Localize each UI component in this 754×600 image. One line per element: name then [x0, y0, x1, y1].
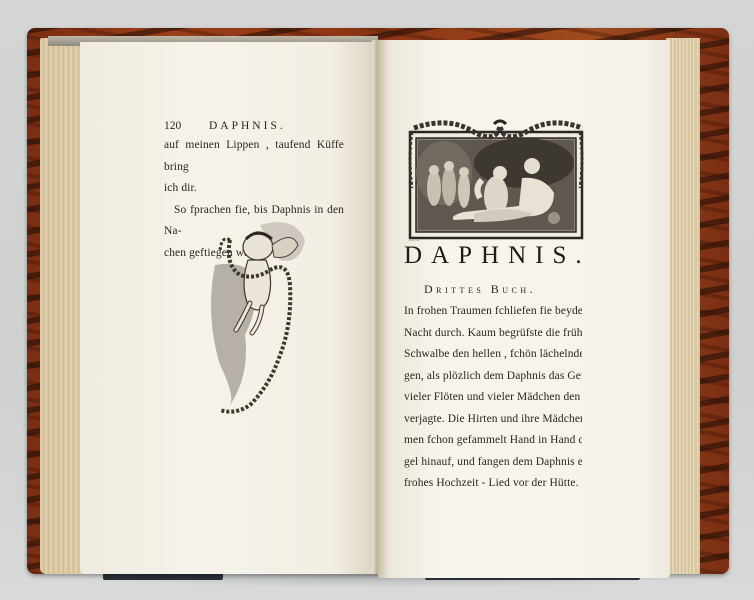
page-number: 120 [164, 120, 181, 132]
text-line-content: Nacht durch. Kaum begrüfste die frühe [404, 323, 582, 345]
right-page-edges [666, 38, 700, 574]
text-line: gel hinauf, und fangen dem Daphnis ein [404, 452, 582, 474]
chapter-subtitle: Drittes Buch. [424, 282, 584, 300]
running-title: DAPHNIS. [209, 120, 286, 132]
text-line: Nacht durch. Kaum begrüfste die frühe [404, 323, 582, 345]
text-line-content: vieler Flöten und vieler Mädchen den Tra… [404, 387, 582, 409]
right-page-text: In frohen Traumen fchliefen fie beyde di… [404, 301, 582, 495]
text-line-content: Schwalbe den hellen , fchön lächelnden M… [404, 344, 582, 366]
cupid-illustration [200, 205, 310, 420]
text-line: Schwalbe den hellen , fchön lächelnden M… [404, 344, 582, 366]
text-line-content: frohes Hochzeit - Lied vor der Hütte. Vo… [404, 473, 582, 495]
book-photo: 120 DAPHNIS. auf meinen Lippen , taufend… [0, 0, 754, 600]
text-line: gen, als plözlich dem Daphnis das Gefang [404, 366, 582, 388]
text-line-content: gen, als plözlich dem Daphnis das Gefang [404, 366, 582, 388]
left-running-head: 120 DAPHNIS. [164, 120, 344, 136]
text-line: In frohen Traumen fchliefen fie beyde di… [404, 301, 582, 323]
text-line: verjagte. Die Hirten und ihre Mädchen ka… [404, 409, 582, 431]
text-line: men fchon gefammelt Hand in Hand den Hü- [404, 430, 582, 452]
text-line: ich dir. [164, 178, 344, 200]
text-line: auf meinen Lippen , taufend Küffe bring [164, 135, 344, 178]
text-line-content: In frohen Traumen fchliefen fie beyde di… [404, 301, 582, 323]
chapter-title: DAPHNIS. [404, 242, 584, 278]
headpiece-engraving: ~~~ ~~ [404, 118, 588, 243]
text-line-content: gel hinauf, und fangen dem Daphnis ein [404, 452, 582, 474]
text-line: vieler Flöten und vieler Mädchen den Tra… [404, 387, 582, 409]
left-page-edges [40, 38, 85, 574]
text-line-content: verjagte. Die Hirten und ihre Mädchen ka… [404, 409, 582, 431]
text-line-content: men fchon gefammelt Hand in Hand den Hü- [404, 430, 582, 452]
text-line: frohes Hochzeit - Lied vor der Hütte. Vo… [404, 473, 582, 495]
